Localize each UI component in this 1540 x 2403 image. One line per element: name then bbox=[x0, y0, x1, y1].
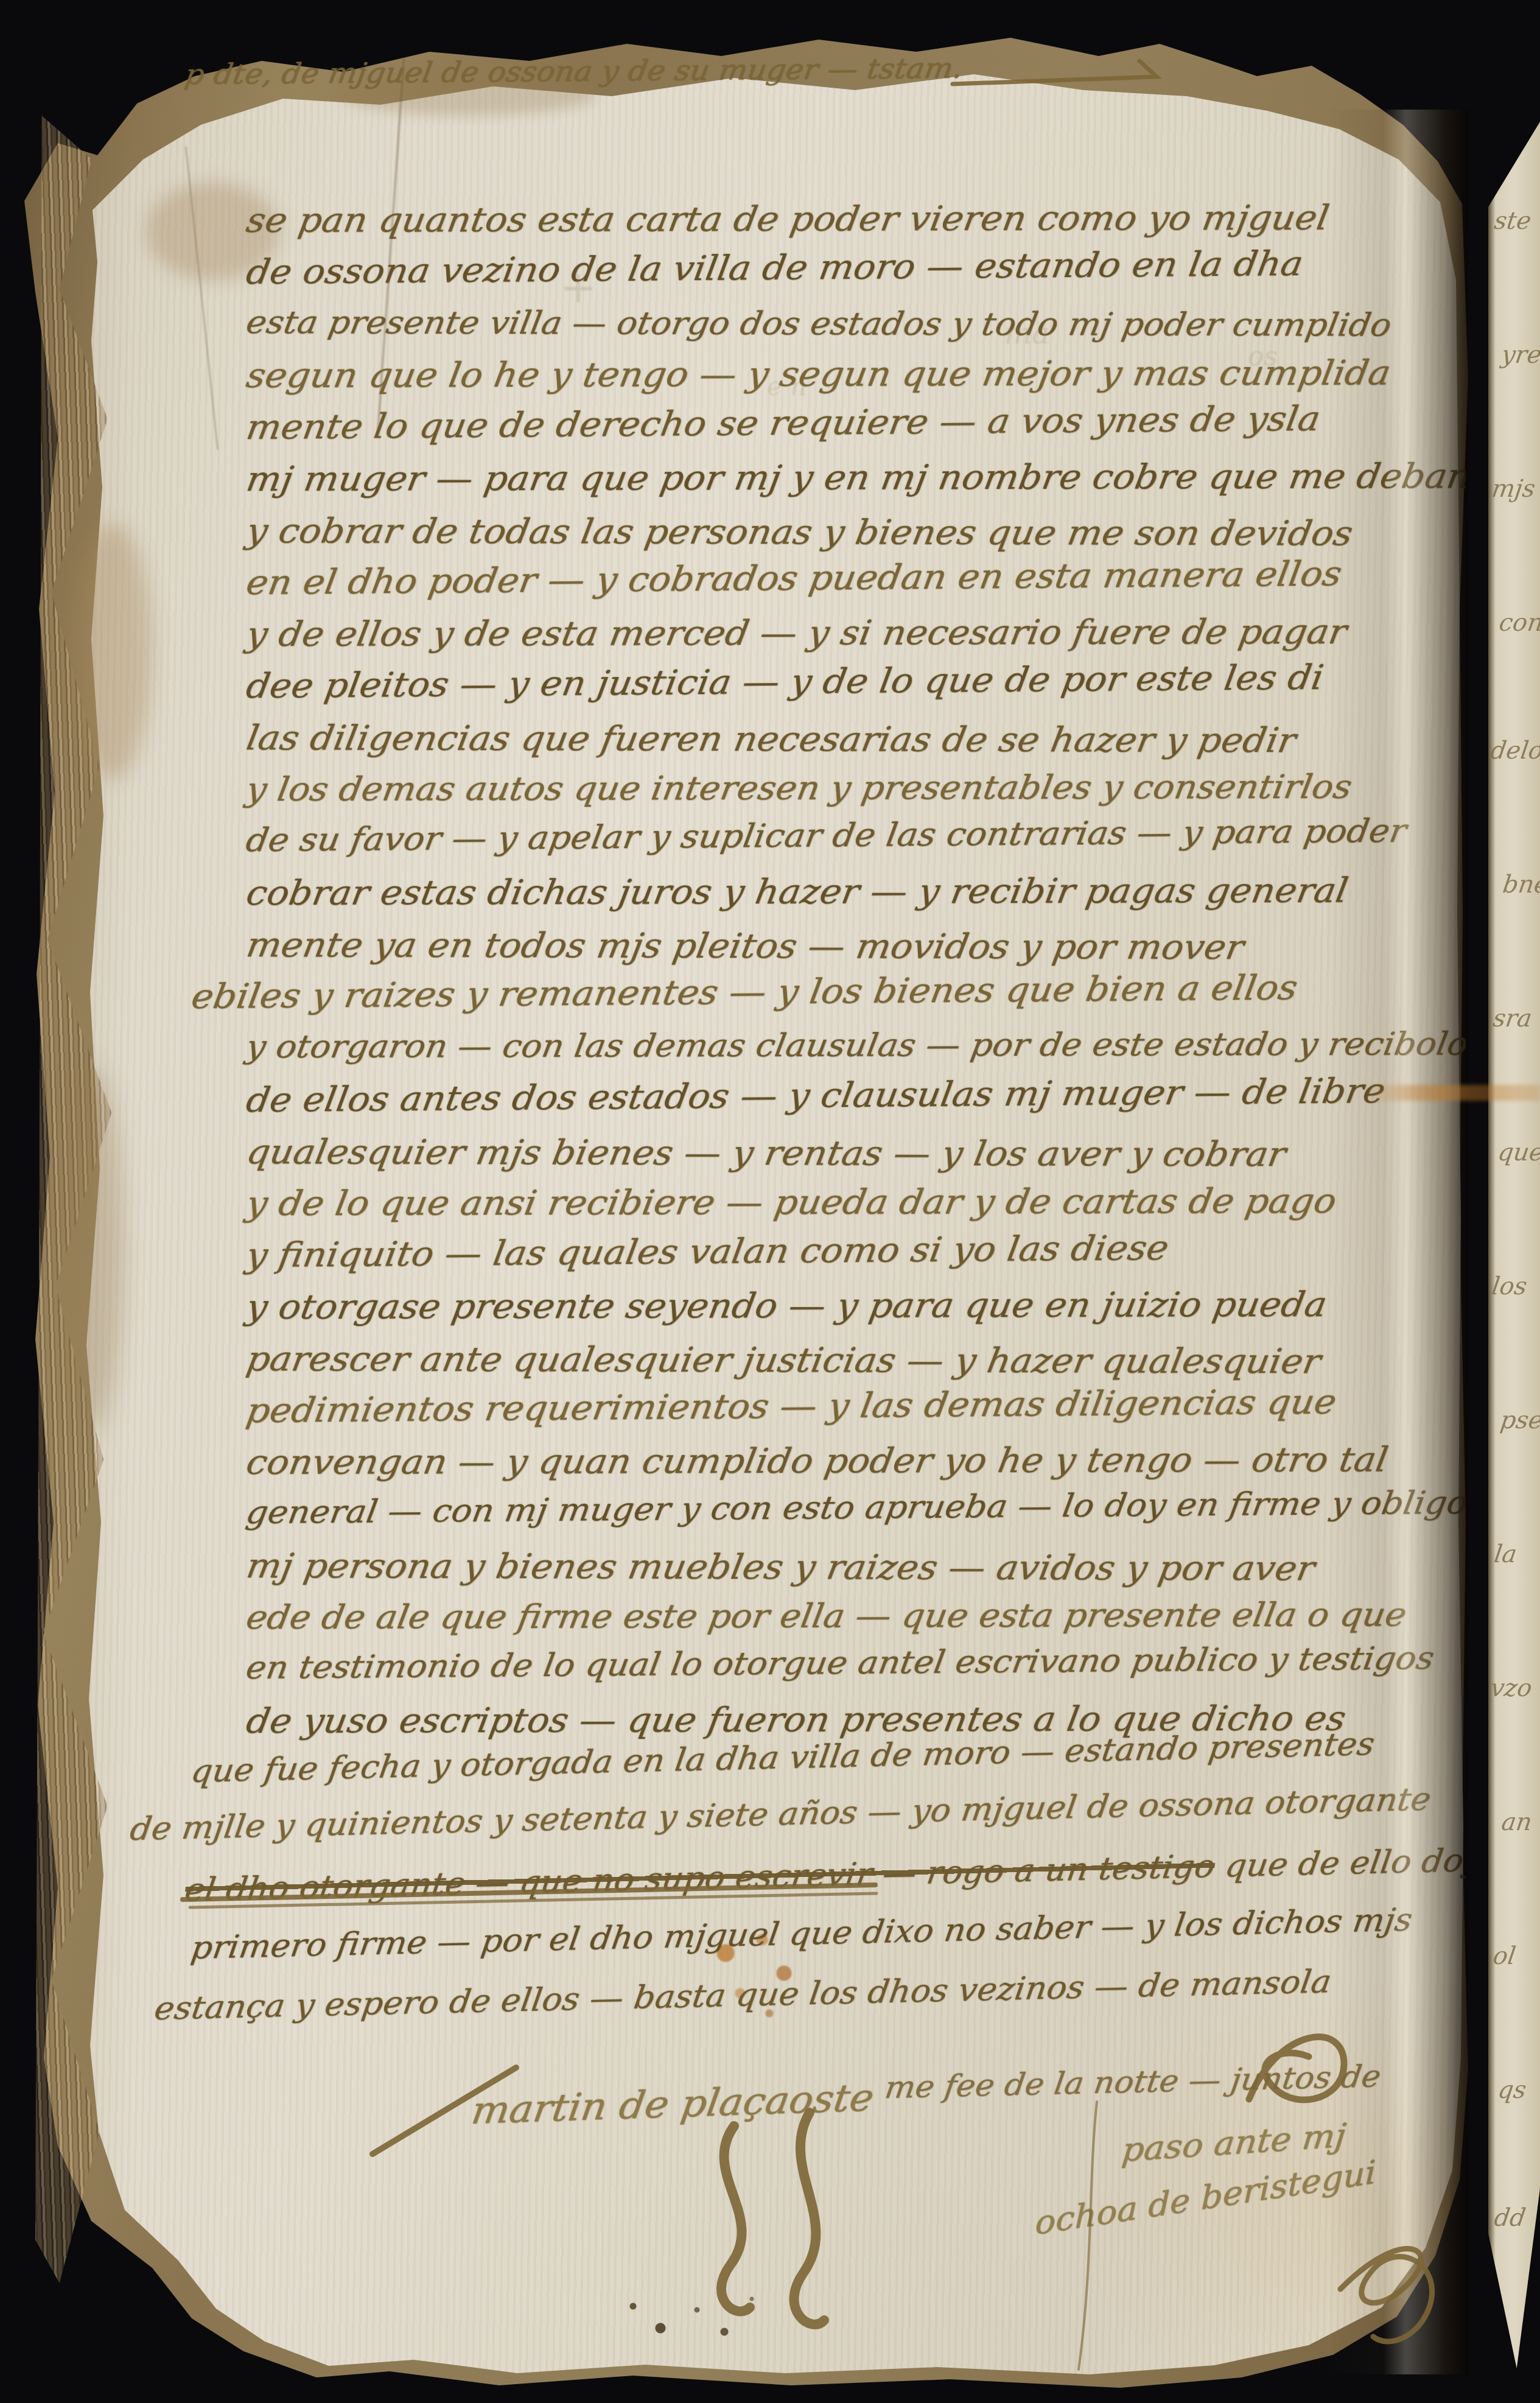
manuscript-line: y otorgase presente seyendo — y para que… bbox=[243, 1285, 1330, 1327]
manuscript-line: esta presente villa — otorgo dos estados… bbox=[243, 304, 1395, 344]
manuscript-line: y otorgaron — con las demas clausulas — … bbox=[243, 1026, 1466, 1065]
facing-page-text-fragment: delo bbox=[1489, 737, 1540, 765]
facing-page-text-fragment: pse bbox=[1499, 1406, 1540, 1434]
bleedthrough-mark: e n bbox=[767, 371, 807, 401]
manuscript-line: y cobrar de todas las personas y bienes … bbox=[243, 511, 1356, 553]
notary-attestation: paso ante mj bbox=[1120, 2116, 1348, 2169]
manuscript-line: mente ya en todos mjs pleitos — movidos … bbox=[243, 925, 1247, 967]
facing-page-text-fragment: an bbox=[1500, 1808, 1534, 1836]
manuscript-line: de mjlle y quinientos y setenta y siete … bbox=[128, 1781, 1433, 1848]
manuscript-line: ebiles y raizes y remanentes — y los bie… bbox=[189, 968, 1300, 1017]
manuscript-line: de ossona vezino de la villa de moro — e… bbox=[243, 244, 1306, 292]
manuscript-line: de su favor — y apelar y suplicar de las… bbox=[243, 812, 1409, 859]
manuscript-line: mj muger — para que por mj y en mj nombr… bbox=[243, 457, 1466, 499]
manuscript-line: y de lo que ansi recibiere — pueda dar y… bbox=[243, 1182, 1339, 1224]
bleedthrough-mark: + bbox=[560, 262, 597, 313]
page-curl-shadow bbox=[1327, 110, 1468, 2374]
manuscript-line: y los demas autos que interesen y presen… bbox=[243, 768, 1355, 809]
facing-page-text-fragment: ol bbox=[1491, 1942, 1517, 1970]
manuscript-line: cobrar estas dichas juros y hazer — y re… bbox=[243, 871, 1351, 913]
manuscript-line: las diligencias que fueren necesarias de… bbox=[243, 718, 1299, 760]
manuscript-line: mj persona y bienes muebles y raizes — a… bbox=[243, 1546, 1318, 1588]
manuscript-line: ede de ale que firme este por ella — que… bbox=[243, 1595, 1410, 1636]
manuscript-line: primero firme — por el dho mjguel que di… bbox=[189, 1902, 1415, 1966]
manuscript-line: estança y espero de ellos — basta que lo… bbox=[152, 1963, 1334, 2027]
manuscript-line: de ellos antes dos estados — y clausulas… bbox=[243, 1072, 1388, 1120]
facing-page-text-fragment: bne bbox=[1501, 871, 1540, 899]
manuscript-line-struck: el dho otorgante — que no supo escrevir … bbox=[183, 1840, 1466, 1909]
manuscript-line: se pan quantos esta carta de poder viere… bbox=[243, 198, 1332, 240]
facing-page-text-fragment: qs bbox=[1496, 2076, 1528, 2104]
bleedthrough-mark: os bbox=[1248, 341, 1278, 372]
manuscript-line: en testimonio de lo qual lo otorgue ante… bbox=[243, 1640, 1437, 1686]
manuscript-line: qualesquier mjs bienes — y rentas — y lo… bbox=[243, 1132, 1289, 1174]
manuscript-line: dee pleitos — y en justicia — y de lo qu… bbox=[243, 658, 1326, 706]
handwriting-layer: p dte, de mjguel de ossona y de su muger… bbox=[0, 0, 1466, 2403]
facing-page-text-fragment: dd bbox=[1493, 2204, 1528, 2232]
facing-page-text-fragment: que bbox=[1496, 1138, 1540, 1166]
manuscript-line: y de ellos y de esta merced — y si neces… bbox=[243, 612, 1350, 654]
bleedthrough-mark: ma bbox=[1004, 317, 1049, 351]
facing-page-text-fragment: sra bbox=[1491, 1005, 1534, 1033]
manuscript-line: en el dho poder — y cobrados puedan en e… bbox=[243, 554, 1345, 603]
struck-text: el dho otorgante — que no supo escrevir … bbox=[183, 1848, 1217, 1909]
facing-page-text-fragment: ste bbox=[1493, 207, 1533, 235]
manuscript-line: pedimientos requerimientos — y las demas… bbox=[243, 1382, 1339, 1431]
manuscript-line: mente lo que de derecho se requiere — a … bbox=[243, 399, 1323, 447]
manuscript-line: segun que lo he y tengo — y segun que me… bbox=[243, 353, 1393, 396]
manuscript-line: y finiquito — las quales valan como si y… bbox=[243, 1229, 1172, 1275]
facing-page-text-fragment: la bbox=[1493, 1540, 1519, 1568]
manuscript-line: convengan — y quan cumplido poder yo he … bbox=[243, 1440, 1391, 1482]
facing-page-text-fragment: mjs bbox=[1490, 475, 1537, 503]
photo-background: p dte, de mjguel de ossona y de su muger… bbox=[0, 0, 1540, 2403]
notary-signature: ochoa de beristegui bbox=[1035, 2153, 1376, 2242]
closing-right-fragment: me fee de la notte — juntos de bbox=[883, 2058, 1383, 2105]
manuscript-line: general — con mj muger y con esto aprueb… bbox=[243, 1485, 1466, 1531]
manuscript-line: parescer ante qualesquier justicias — y … bbox=[243, 1339, 1324, 1381]
facing-page-text-fragment: con bbox=[1497, 609, 1540, 637]
facing-page-edge: ste yre mjs con delo bne sra que los pse… bbox=[1488, 122, 1540, 2368]
stain-rust-band bbox=[1363, 1085, 1540, 1101]
facing-page-text-fragment: vzo bbox=[1489, 1674, 1534, 1702]
witness-signature: martin de plaçaoste bbox=[469, 2075, 877, 2133]
facing-page-text-fragment: los bbox=[1490, 1272, 1529, 1300]
page-title-line: p dte, de mjguel de ossona y de su muger… bbox=[183, 52, 965, 91]
facing-page-text-fragment: yre bbox=[1500, 341, 1540, 369]
